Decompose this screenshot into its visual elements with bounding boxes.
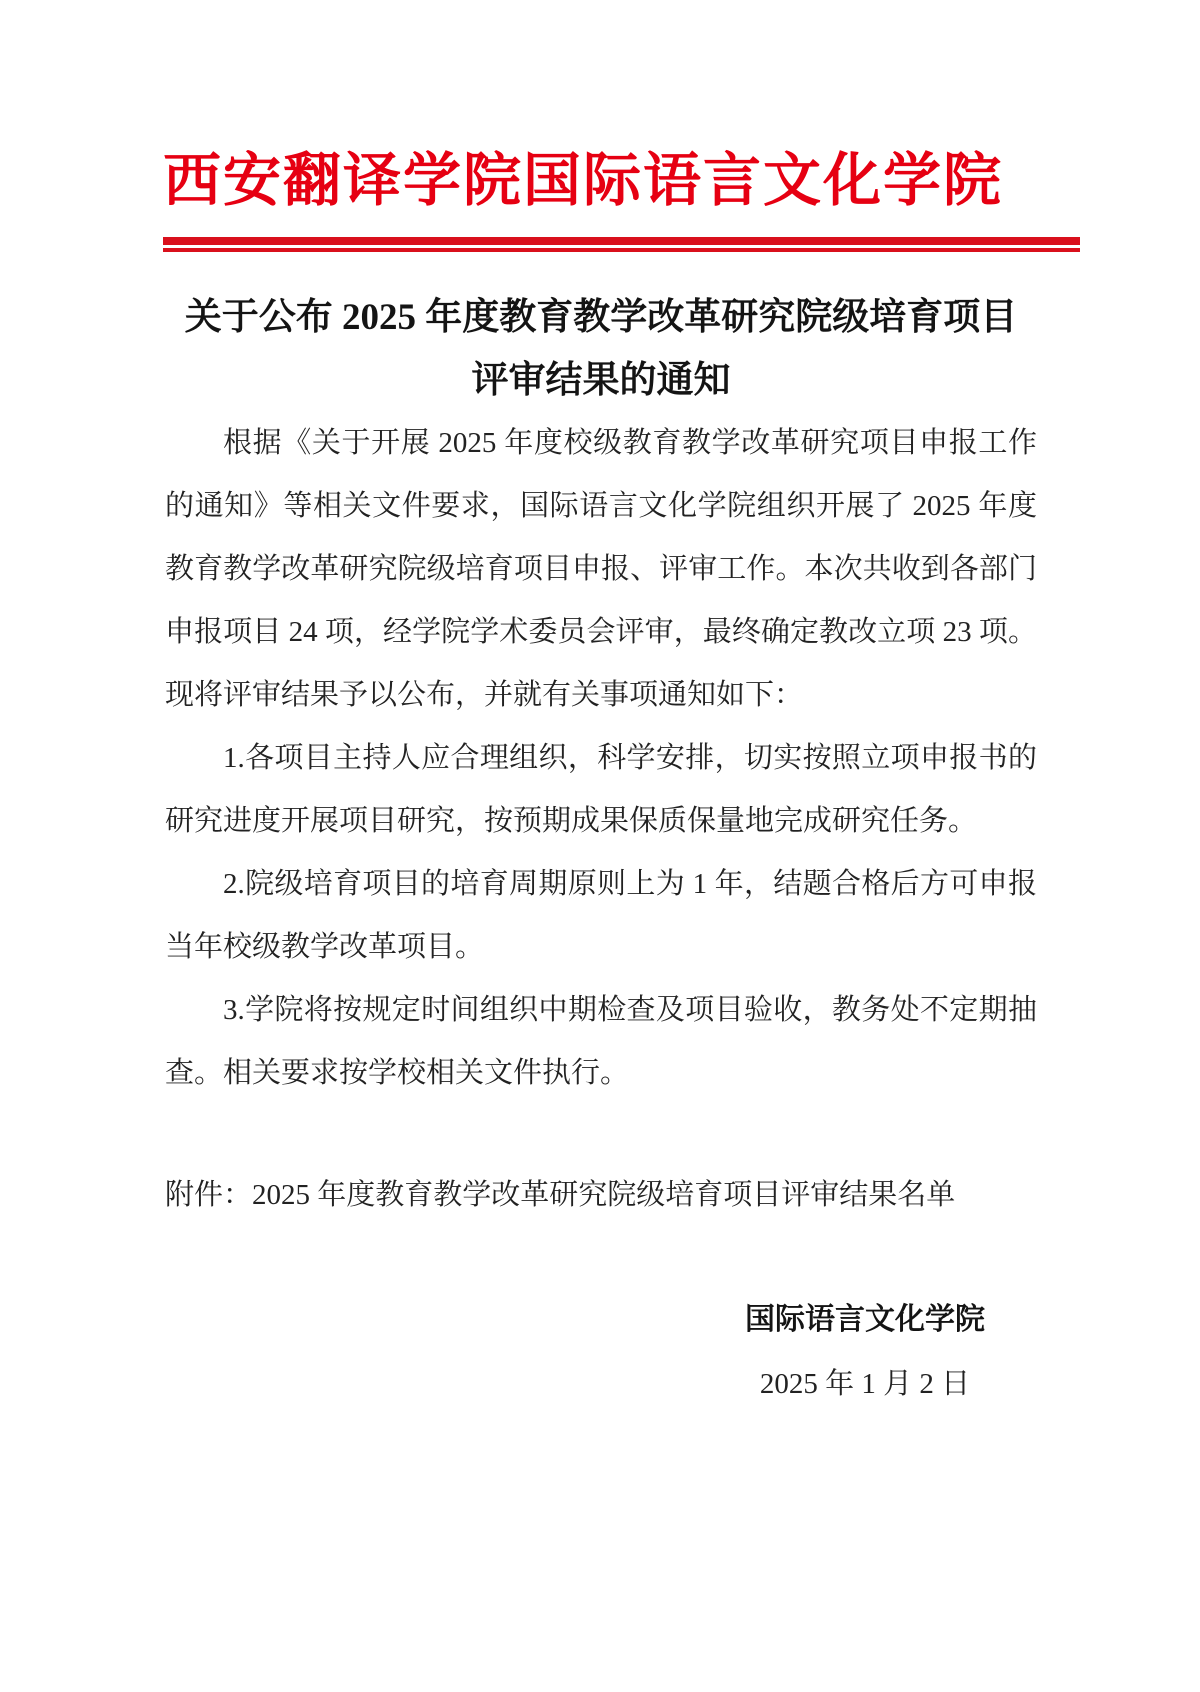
signature-org: 国际语言文化学院: [700, 1288, 1030, 1352]
body-line: 现将评审结果予以公布，并就有关事项通知如下：: [165, 664, 1037, 727]
body-line: 1.各项目主持人应合理组织，科学安排，切实按照立项申报书的: [165, 727, 1037, 790]
body-line: 申报项目 24 项，经学院学术委员会评审，最终确定教改立项 23 项。: [165, 601, 1037, 664]
body-line: 当年校级教学改革项目。: [165, 916, 1037, 979]
signature-date: 2025 年 1 月 2 日: [700, 1352, 1030, 1416]
attachment-line: 附件：2025 年度教育教学改革研究院级培育项目评审结果名单: [165, 1164, 1125, 1227]
body-line: 的通知》等相关文件要求，国际语言文化学院组织开展了 2025 年度: [165, 475, 1037, 538]
body-line: 查。相关要求按学校相关文件执行。: [165, 1042, 1037, 1105]
letterhead: 西安翻译学院国际语言文化学院: [163, 150, 1080, 252]
letterhead-rule-thick: [163, 237, 1080, 245]
document-title-line-2: 评审结果的通知: [165, 349, 1037, 412]
body-line: 教育教学改革研究院级培育项目申报、评审工作。本次共收到各部门: [165, 538, 1037, 601]
body-line: 2.院级培育项目的培育周期原则上为 1 年，结题合格后方可申报: [165, 853, 1037, 916]
document-body: 根据《关于开展 2025 年度校级教育教学改革研究项目申报工作 的通知》等相关文…: [165, 412, 1037, 1105]
body-line: 研究进度开展项目研究，按预期成果保质保量地完成研究任务。: [165, 790, 1037, 853]
letterhead-org-title: 西安翻译学院国际语言文化学院: [163, 150, 1080, 212]
document-page: 西安翻译学院国际语言文化学院 关于公布 2025 年度教育教学改革研究院级培育项…: [0, 0, 1200, 1692]
body-line: 根据《关于开展 2025 年度校级教育教学改革研究项目申报工作: [165, 412, 1037, 475]
document-title: 关于公布 2025 年度教育教学改革研究院级培育项目 评审结果的通知: [165, 286, 1037, 412]
document-title-line-1: 关于公布 2025 年度教育教学改革研究院级培育项目: [165, 286, 1037, 349]
signature-block: 国际语言文化学院 2025 年 1 月 2 日: [700, 1288, 1030, 1416]
body-line: 3.学院将按规定时间组织中期检查及项目验收，教务处不定期抽: [165, 979, 1037, 1042]
letterhead-rule-thin: [163, 248, 1080, 252]
